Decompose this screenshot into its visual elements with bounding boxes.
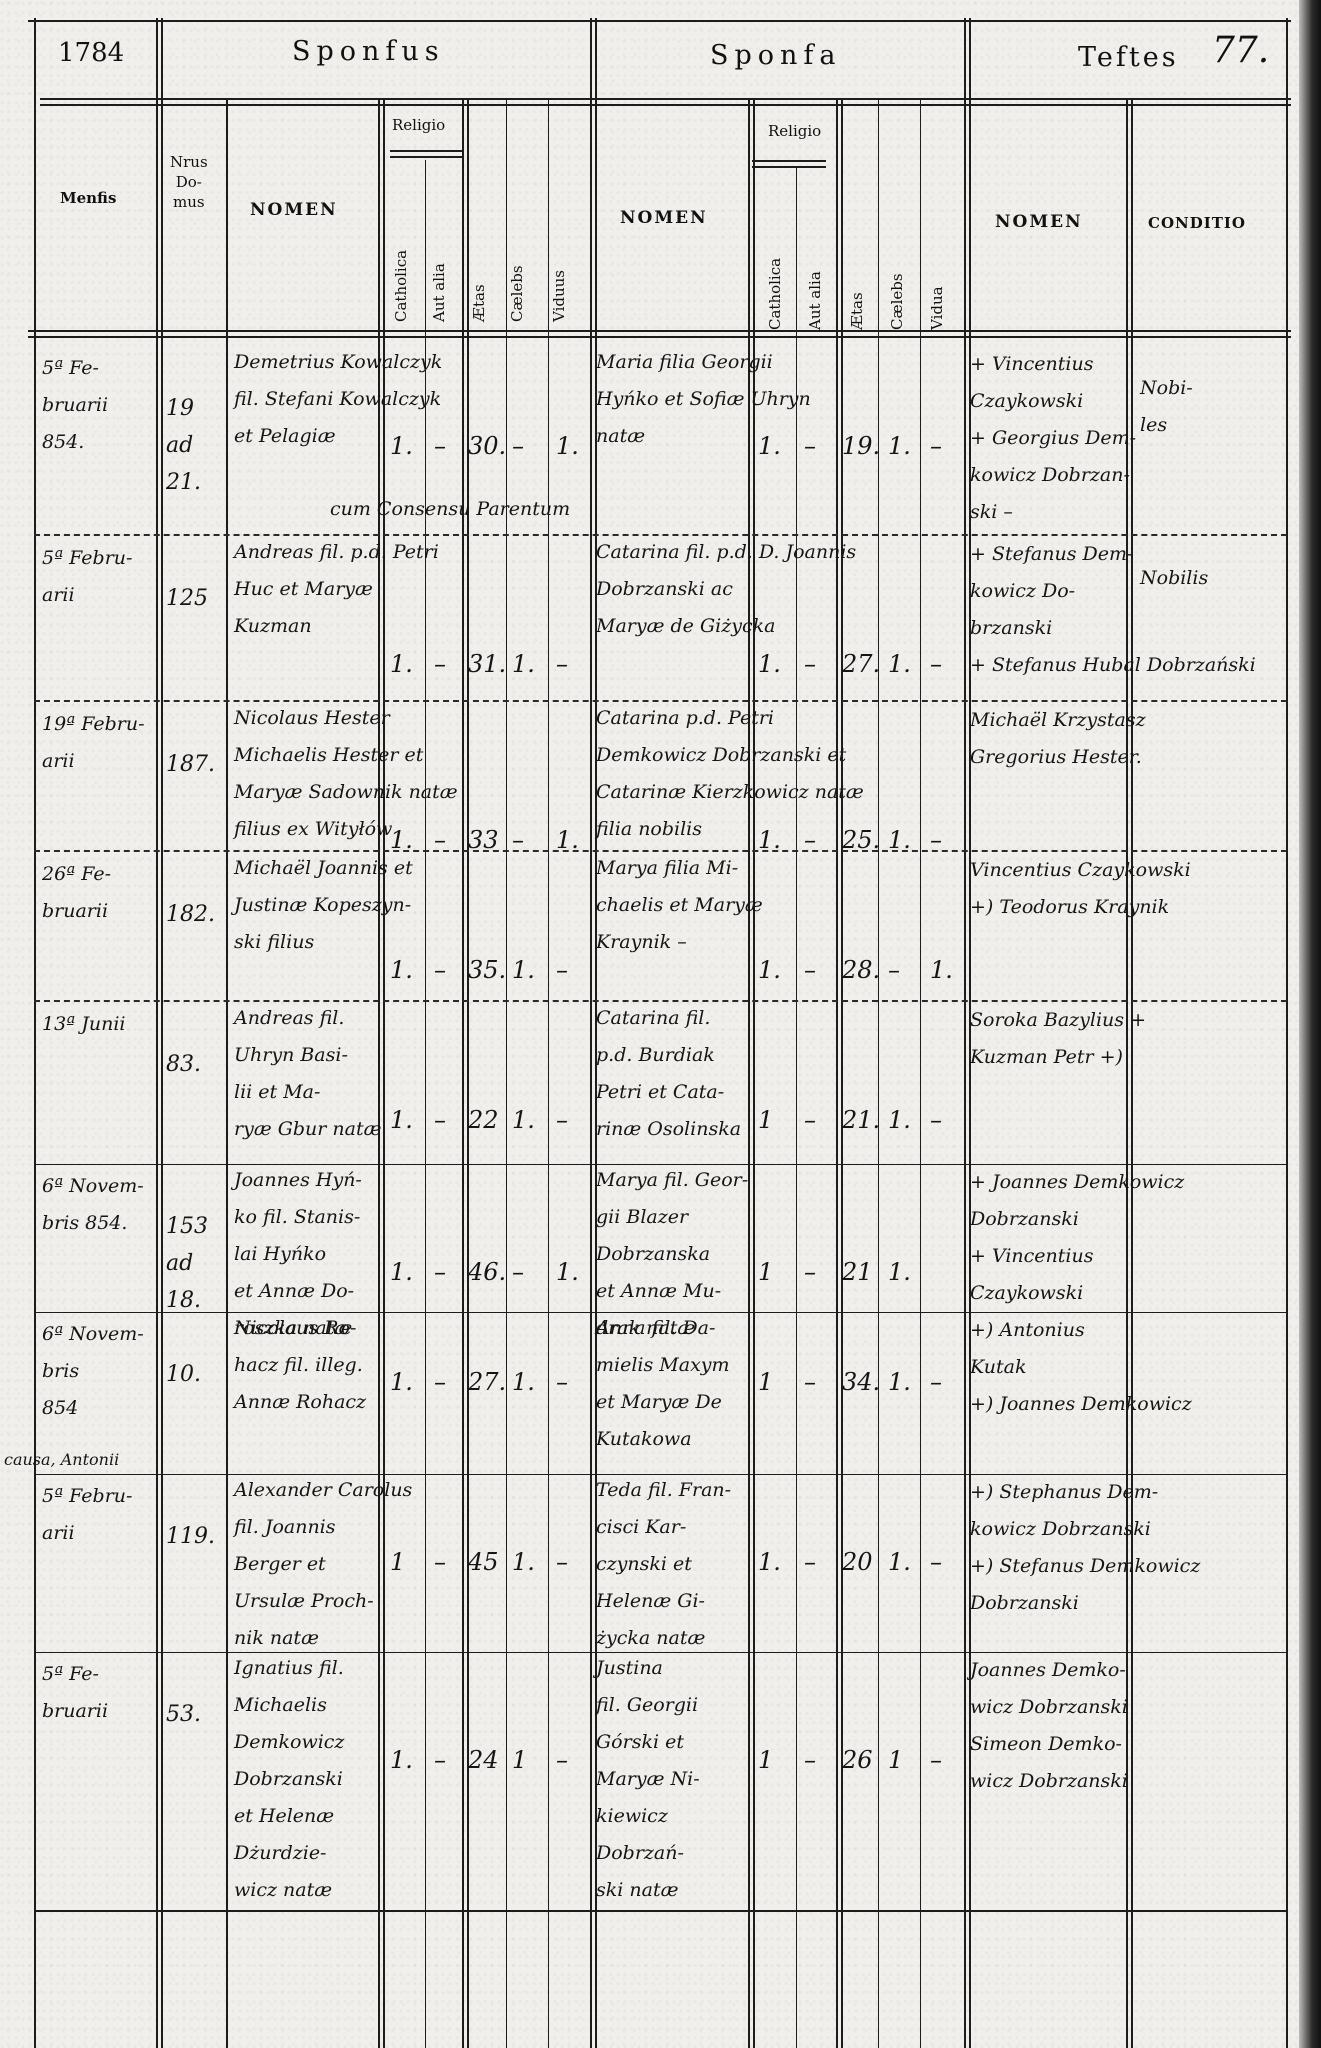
entry-house-number: 125 <box>166 580 208 617</box>
sponsa-catholica: 1 <box>758 1368 773 1396</box>
col-testes-conditio: CONDITIO <box>1148 214 1246 232</box>
entry-date: 5ª Febru- arii <box>42 1478 132 1552</box>
entry-date: 6ª Novem- bris 854 <box>42 1316 144 1427</box>
groom-name: Nicolaus Ro- hacz fil. illeg. Annæ Rohac… <box>234 1310 574 1421</box>
sponsus-aetas: 31. <box>468 650 506 678</box>
sponsus-aetas: 35. <box>468 956 506 984</box>
sponsa-catholica: 1 <box>758 1258 773 1286</box>
col-sponsus-caelebs: Cælebs <box>508 265 526 322</box>
rule <box>590 18 592 2048</box>
entry-house-number: 187. <box>166 746 215 783</box>
sponsus-viduus: – <box>556 1548 568 1576</box>
col-sponsa-catholica: Catholica <box>766 258 784 330</box>
col-sponsus-nomen: NOMEN <box>250 200 338 220</box>
sponsus-caelebs: 1. <box>512 1548 535 1576</box>
witness-names: +) Antonius Kutak +) Joannes Demkowicz <box>970 1312 1270 1423</box>
col-sponsus-aut-alia: Aut alia <box>430 263 448 322</box>
entry-date: 19ª Febru- arii <box>42 706 145 780</box>
sponsa-vidua: – <box>930 1746 942 1774</box>
witness-names: Michaël Krzystasz Gregorius Hester. <box>970 702 1270 776</box>
sponsa-caelebs: 1. <box>888 1548 911 1576</box>
sponsa-vidua: – <box>930 432 942 460</box>
sponsus-aetas: 22 <box>468 1106 499 1134</box>
entry-house-number: 83. <box>166 1046 201 1083</box>
sponsa-aut-alia: – <box>804 1258 816 1286</box>
witness-names: + Joannes Demkowicz Dobrzanski + Vincent… <box>970 1164 1270 1312</box>
page-number: 77. <box>1212 30 1269 71</box>
sponsus-viduus: – <box>556 956 568 984</box>
sponsus-caelebs: 1. <box>512 956 535 984</box>
entry-house-number: 119. <box>166 1518 215 1555</box>
sponsus-viduus: – <box>556 650 568 678</box>
col-nrus-domus: Nrus Do- mus <box>170 152 208 212</box>
testes-heading: Teftes <box>1078 42 1179 73</box>
sponsa-heading: Sponfa <box>710 40 842 71</box>
sponsus-aetas: 24 <box>468 1746 499 1774</box>
witness-names: + Stefanus Dem- kowicz Do- brzanski + St… <box>970 536 1270 684</box>
sponsus-aetas: 45 <box>468 1548 499 1576</box>
sponsus-viduus: – <box>556 1106 568 1134</box>
sponsa-aetas: 20 <box>842 1548 873 1576</box>
register-page: 1784 Sponfus Sponfa Teftes 77. Menfis Nr… <box>0 0 1321 2048</box>
sponsus-catholica: 1. <box>390 956 413 984</box>
sponsa-vidua: 1. <box>930 956 953 984</box>
entry-note: cum Consensu Parentum <box>330 498 570 520</box>
sponsus-viduus: – <box>556 1368 568 1396</box>
religio-rule-sponsa <box>752 160 826 162</box>
sponsus-catholica: 1 <box>390 1548 405 1576</box>
sponsa-aut-alia: – <box>804 650 816 678</box>
sponsus-aut-alia: – <box>434 956 446 984</box>
entry-house-number: 19 ad 21. <box>166 390 201 501</box>
header-bottom-rule <box>28 330 1291 332</box>
entry-date: 5ª Febru- arii <box>42 540 132 614</box>
entry-date: 5ª Fe- bruarii <box>42 1656 108 1730</box>
col-mensis: Menfis <box>60 188 116 208</box>
sponsus-caelebs: 1. <box>512 1106 535 1134</box>
col-sponsa-nomen: NOMEN <box>620 208 708 228</box>
sponsa-caelebs: 1. <box>888 1368 911 1396</box>
col-sponsus-religio: Religio <box>392 116 445 134</box>
entry-house-number: 53. <box>166 1696 201 1733</box>
religio-rule-sponsus <box>390 150 464 152</box>
sponsa-aut-alia: – <box>804 956 816 984</box>
sponsa-aetas: 19. <box>842 432 880 460</box>
sponsus-viduus: 1. <box>556 432 579 460</box>
sponsus-catholica: 1. <box>390 650 413 678</box>
sponsus-aut-alia: – <box>434 650 446 678</box>
entry-date: 13ª Junii <box>42 1006 126 1043</box>
sponsa-aetas: 21. <box>842 1106 880 1134</box>
sponsa-aetas: 34. <box>842 1368 880 1396</box>
sponsus-viduus: – <box>556 1746 568 1774</box>
sponsa-catholica: 1 <box>758 1106 773 1134</box>
sponsus-aut-alia: – <box>434 1368 446 1396</box>
sponsus-viduus: 1. <box>556 1258 579 1286</box>
col-sponsus-aetas: Ætas <box>470 284 488 322</box>
sponsus-catholica: 1. <box>390 1106 413 1134</box>
sponsus-catholica: 1. <box>390 432 413 460</box>
bride-name: Justina fil. Georgii Górski et Maryæ Ni-… <box>596 1650 926 1909</box>
rule <box>226 100 228 2048</box>
entry-house-number: 10. <box>166 1356 201 1393</box>
sponsa-vidua: – <box>930 1368 942 1396</box>
sponsus-aut-alia: – <box>434 1106 446 1134</box>
witness-names: Soroka Bazylius + Kuzman Petr +) <box>970 1002 1270 1076</box>
sponsa-caelebs: 1. <box>888 1106 911 1134</box>
bride-name: Marya filia Mi- chaelis et Maryæ Kraynik… <box>596 850 926 961</box>
sponsa-aut-alia: – <box>804 1368 816 1396</box>
col-sponsa-aut-alia: Aut alia <box>806 271 824 330</box>
rule <box>34 18 36 2048</box>
sponsus-aetas: 27. <box>468 1368 506 1396</box>
sponsa-aetas: 26 <box>842 1746 873 1774</box>
top-border <box>28 20 1291 22</box>
sponsus-aetas: 30. <box>468 432 506 460</box>
sponsa-aut-alia: – <box>804 1746 816 1774</box>
sponsa-catholica: 1. <box>758 1548 781 1576</box>
sponsa-caelebs: 1. <box>888 432 911 460</box>
col-sponsa-caelebs: Cælebs <box>888 273 906 330</box>
sponsa-caelebs: – <box>888 956 900 984</box>
sponsus-caelebs: 1. <box>512 650 535 678</box>
col-sponsa-religio: Religio <box>768 122 821 140</box>
margin-note: causa, Antonii <box>4 1450 119 1469</box>
sponsa-catholica: 1. <box>758 650 781 678</box>
sponsus-aut-alia: – <box>434 1258 446 1286</box>
rule <box>1286 18 1288 2048</box>
col-sponsus-viduus: Viduus <box>550 270 568 322</box>
year-label: 1784 <box>58 38 124 68</box>
sponsus-aut-alia: – <box>434 432 446 460</box>
entry-house-number: 153 ad 18. <box>166 1208 208 1319</box>
sponsus-catholica: 1. <box>390 1258 413 1286</box>
sponsa-vidua: – <box>930 1106 942 1134</box>
sponsa-aut-alia: – <box>804 1548 816 1576</box>
sponsa-vidua: – <box>930 650 942 678</box>
sponsus-aut-alia: – <box>434 1746 446 1774</box>
sponsus-catholica: 1. <box>390 1368 413 1396</box>
sponsa-catholica: 1 <box>758 1746 773 1774</box>
witness-condition: Nobilis <box>1140 560 1208 597</box>
sponsus-aetas: 46. <box>468 1258 506 1286</box>
sponsa-aetas: 28. <box>842 956 880 984</box>
witness-names: +) Stephanus Dem- kowicz Dobrzanski +) S… <box>970 1474 1270 1622</box>
sponsa-catholica: 1. <box>758 432 781 460</box>
sponsa-aut-alia: – <box>804 432 816 460</box>
rule <box>156 18 158 2048</box>
sponsus-caelebs: 1 <box>512 1746 527 1774</box>
sponsus-catholica: 1. <box>390 1746 413 1774</box>
sponsus-heading: Sponfus <box>292 36 445 67</box>
witness-condition: Nobi- les <box>1140 370 1193 444</box>
sponsa-aut-alia: – <box>804 1106 816 1134</box>
sponsus-caelebs: – <box>512 1258 524 1286</box>
col-sponsa-vidua: Vidua <box>928 286 946 330</box>
groom-name: Ignatius fil. Michaelis Demkowicz Dobrza… <box>234 1650 574 1909</box>
sponsa-vidua: – <box>930 1548 942 1576</box>
sponsus-caelebs: – <box>512 432 524 460</box>
witness-names: Joannes Demko- wicz Dobrzanski Simeon De… <box>970 1652 1270 1800</box>
groom-name: Andreas fil. p.d. Petri Huc et Maryæ Kuz… <box>234 534 574 645</box>
groom-name: Michaël Joannis et Justinæ Kopeszyn- ski… <box>234 850 574 961</box>
entry-date: 5ª Fe- bruarii 854. <box>42 350 108 461</box>
sponsa-caelebs: 1. <box>888 650 911 678</box>
bride-name: Catarina fil. p.d. D. Joannis Dobrzanski… <box>596 534 926 645</box>
sponsa-aetas: 21 <box>842 1258 873 1286</box>
entry-house-number: 182. <box>166 896 215 933</box>
col-testes-nomen: NOMEN <box>995 212 1083 232</box>
entry-date: 26ª Fe- bruarii <box>42 856 111 930</box>
sponsa-caelebs: 1 <box>888 1746 903 1774</box>
witness-names: + Vincentius Czaykowski + Georgius Dem- … <box>970 346 1270 531</box>
sponsa-vidua: – <box>930 826 942 854</box>
book-spine-shadow <box>1299 0 1321 2048</box>
sponsus-aut-alia: – <box>434 1548 446 1576</box>
sponsa-aetas: 27. <box>842 650 880 678</box>
col-sponsus-catholica: Catholica <box>392 250 410 322</box>
col-sponsa-aetas: Ætas <box>848 292 866 330</box>
sponsa-catholica: 1. <box>758 956 781 984</box>
row-separator <box>34 1910 1287 1912</box>
entry-date: 6ª Novem- bris 854. <box>42 1168 144 1242</box>
witness-names: Vincentius Czaykowski +) Teodorus Krayni… <box>970 852 1270 926</box>
sponsus-caelebs: 1. <box>512 1368 535 1396</box>
rule <box>964 18 966 2048</box>
sponsa-caelebs: 1. <box>888 1258 911 1286</box>
